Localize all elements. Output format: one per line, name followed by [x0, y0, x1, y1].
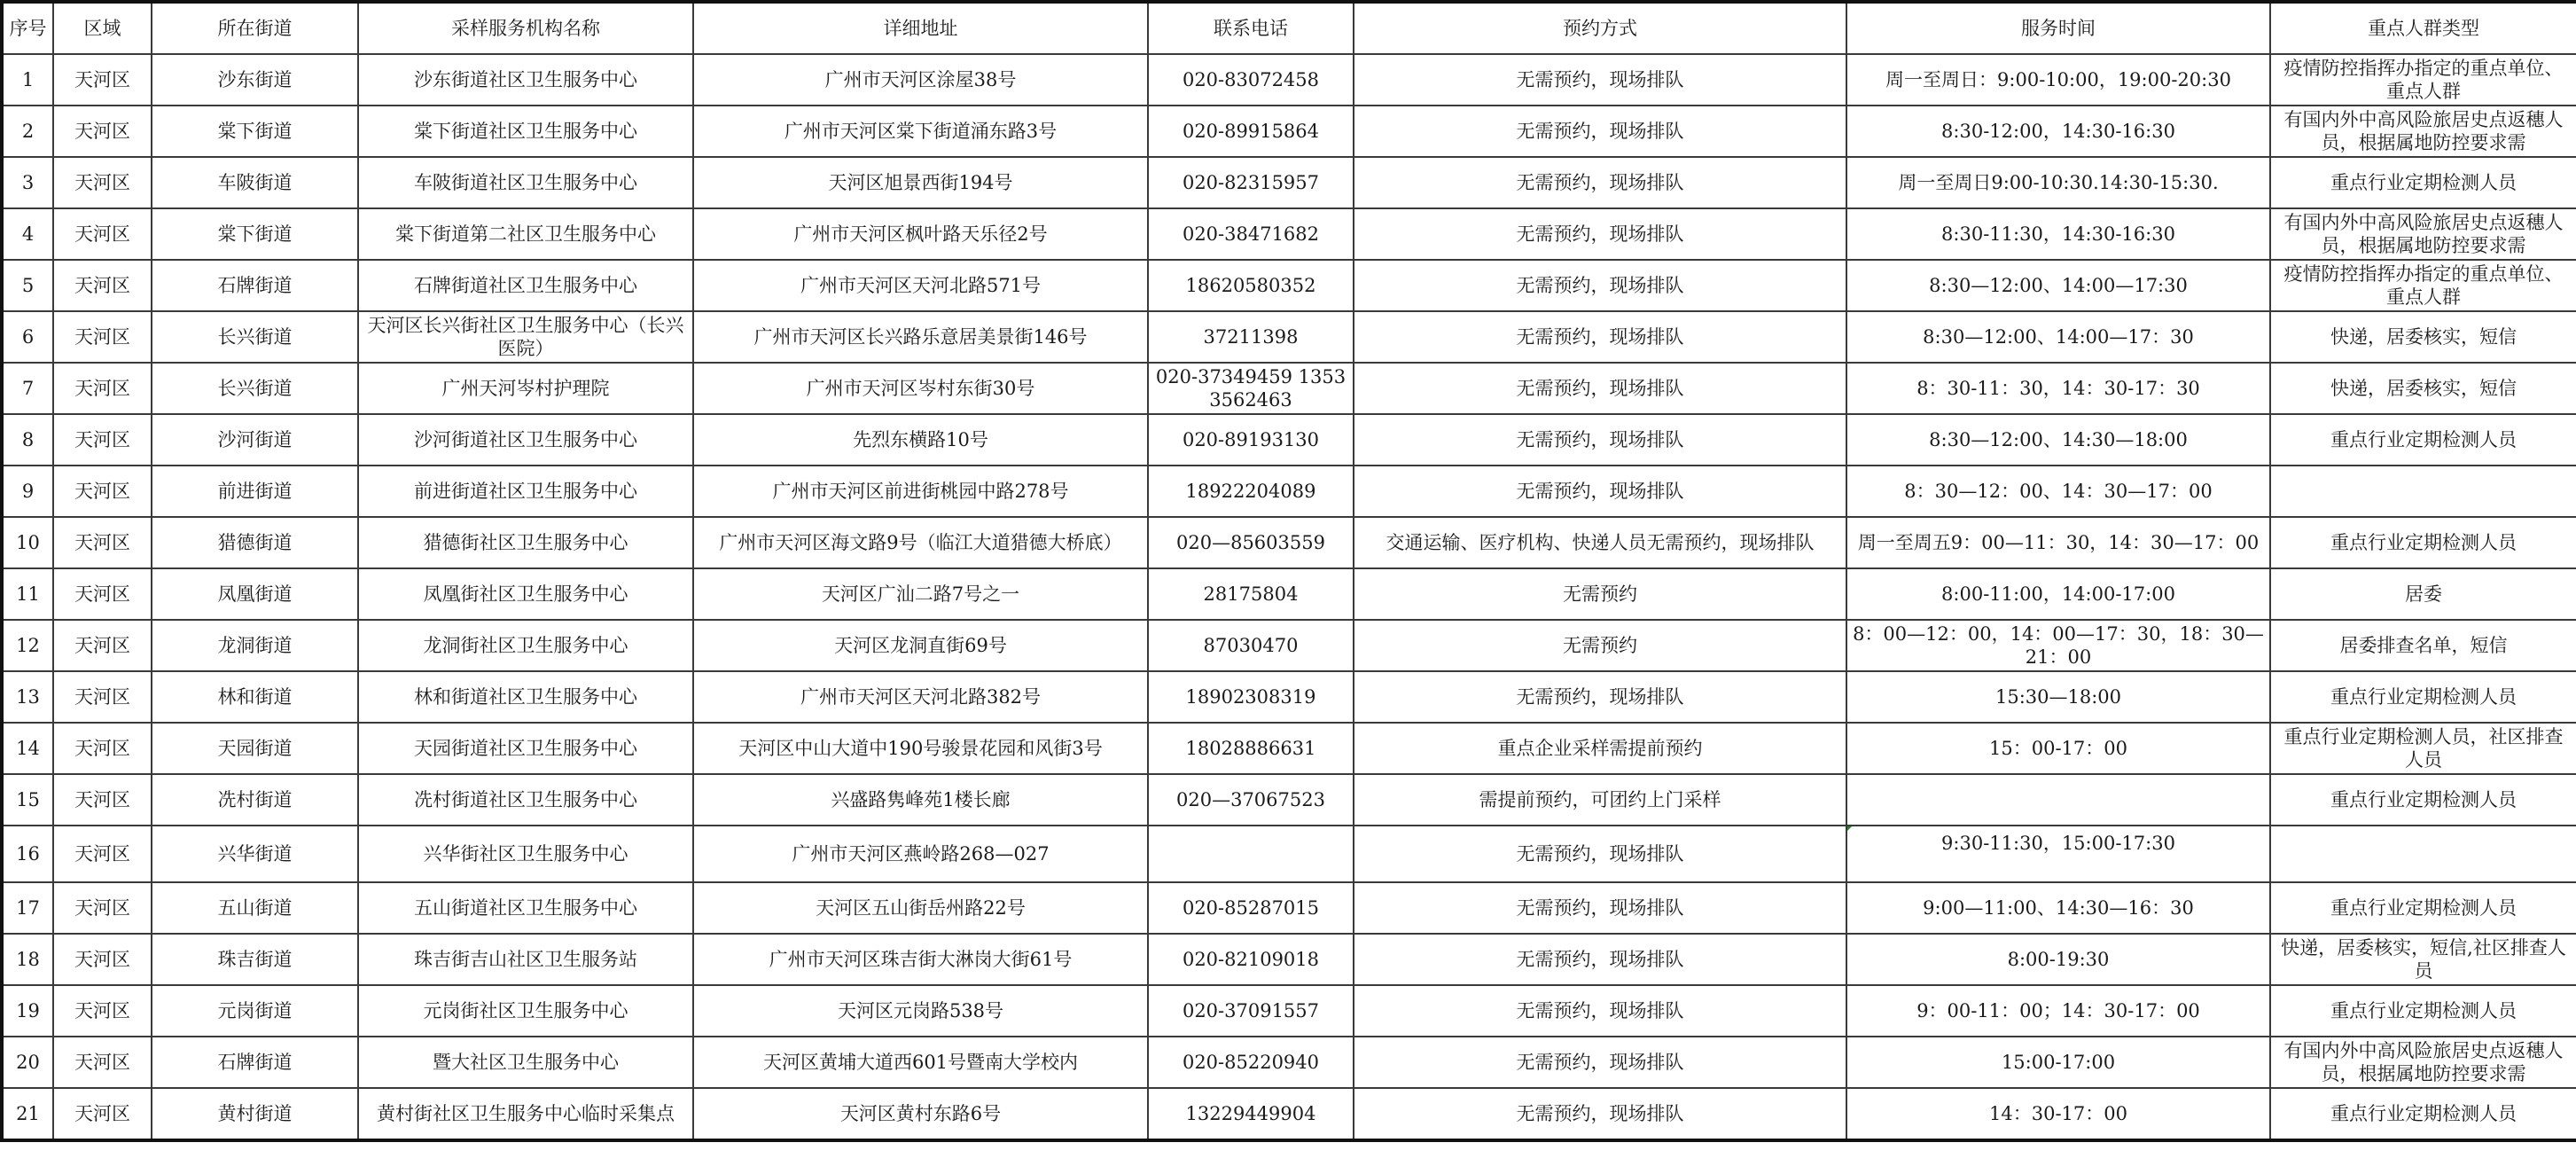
- target-group-cell: 重点行业定期检测人员，社区排查人员: [2270, 723, 2576, 774]
- street-cell: 棠下街道: [152, 208, 358, 260]
- site-name-cell: 广州天河岑村护理院: [358, 363, 693, 414]
- header-no: 序号: [2, 2, 53, 54]
- table-row: 15天河区冼村街道冼村街道社区卫生服务中心兴盛路隽峰苑1楼长廊020—37067…: [2, 774, 2576, 826]
- target-group-cell: 重点行业定期检测人员: [2270, 985, 2576, 1037]
- row-no-cell: 11: [2, 568, 53, 620]
- district-cell: 天河区: [53, 774, 152, 826]
- booking-cell: 无需预约，现场排队: [1354, 826, 1846, 882]
- street-cell: 龙洞街道: [152, 620, 358, 671]
- booking-cell: 无需预约，现场排队: [1354, 671, 1846, 723]
- address-cell: 兴盛路隽峰苑1楼长廊: [693, 774, 1148, 826]
- row-no-cell: 10: [2, 517, 53, 568]
- street-cell: 沙河街道: [152, 414, 358, 466]
- district-cell: 天河区: [53, 414, 152, 466]
- target-group-cell: 有国内外中高风险旅居史点返穗人员，根据属地防控要求需: [2270, 1037, 2576, 1088]
- address-cell: 天河区元岗路538号: [693, 985, 1148, 1037]
- address-cell: 广州市天河区长兴路乐意居美景街146号: [693, 311, 1148, 363]
- phone-cell: 020-85287015: [1148, 882, 1354, 934]
- target-group-cell: 有国内外中高风险旅居史点返穗人员，根据属地防控要求需: [2270, 106, 2576, 157]
- site-name-cell: 沙东街道社区卫生服务中心: [358, 54, 693, 106]
- table-row: 9天河区前进街道前进街道社区卫生服务中心广州市天河区前进街桃园中路278号189…: [2, 466, 2576, 517]
- target-group-cell: 重点行业定期检测人员: [2270, 774, 2576, 826]
- site-name-cell: 前进街道社区卫生服务中心: [358, 466, 693, 517]
- row-no-cell: 2: [2, 106, 53, 157]
- row-no-cell: 20: [2, 1037, 53, 1088]
- header-site-name: 采样服务机构名称: [358, 2, 693, 54]
- booking-cell: 无需预约，现场排队: [1354, 1037, 1846, 1088]
- phone-cell: 020-37091557: [1148, 985, 1354, 1037]
- district-cell: 天河区: [53, 517, 152, 568]
- street-cell: 五山街道: [152, 882, 358, 934]
- booking-cell: 无需预约，现场排队: [1354, 311, 1846, 363]
- address-cell: 广州市天河区天河北路571号: [693, 260, 1148, 311]
- street-cell: 林和街道: [152, 671, 358, 723]
- street-cell: 黄村街道: [152, 1088, 358, 1140]
- address-cell: 广州市天河区珠吉街大淋岗大街61号: [693, 934, 1148, 985]
- phone-cell: 020-82109018: [1148, 934, 1354, 985]
- row-no-cell: 6: [2, 311, 53, 363]
- table-row: 3天河区车陂街道车陂街道社区卫生服务中心天河区旭景西街194号020-82315…: [2, 157, 2576, 208]
- booking-cell: 无需预约，现场排队: [1354, 157, 1846, 208]
- phone-cell: 020-37349459 13533562463: [1148, 363, 1354, 414]
- hours-cell: 8:30-11:30，14:30-16:30: [1846, 208, 2270, 260]
- target-group-cell: 重点行业定期检测人员: [2270, 882, 2576, 934]
- target-group-cell: 快递，居委核实，短信,社区排查人员: [2270, 934, 2576, 985]
- booking-cell: 无需预约，现场排队: [1354, 934, 1846, 985]
- phone-cell: 18902308319: [1148, 671, 1354, 723]
- hours-cell: 8:30—12:00、14:30—18:00: [1846, 414, 2270, 466]
- address-cell: 先烈东横路10号: [693, 414, 1148, 466]
- booking-cell: 无需预约，现场排队: [1354, 260, 1846, 311]
- district-cell: 天河区: [53, 311, 152, 363]
- target-group-cell: 疫情防控指挥办指定的重点单位、重点人群: [2270, 54, 2576, 106]
- address-cell: 天河区中山大道中190号骏景花园和风街3号: [693, 723, 1148, 774]
- hours-cell: 9:00—11:00、14:30—16：30: [1846, 882, 2270, 934]
- street-cell: 冼村街道: [152, 774, 358, 826]
- target-group-cell: [2270, 466, 2576, 517]
- address-cell: 广州市天河区前进街桃园中路278号: [693, 466, 1148, 517]
- row-no-cell: 16: [2, 826, 53, 882]
- target-group-cell: 重点行业定期检测人员: [2270, 414, 2576, 466]
- address-cell: 广州市天河区天河北路382号: [693, 671, 1148, 723]
- district-cell: 天河区: [53, 882, 152, 934]
- site-name-cell: 棠下街道第二社区卫生服务中心: [358, 208, 693, 260]
- district-cell: 天河区: [53, 106, 152, 157]
- table-row: 10天河区猎德街道猎德街社区卫生服务中心广州市天河区海文路9号（临江大道猎德大桥…: [2, 517, 2576, 568]
- district-cell: 天河区: [53, 723, 152, 774]
- header-booking: 预约方式: [1354, 2, 1846, 54]
- address-cell: 天河区广汕二路7号之一: [693, 568, 1148, 620]
- hours-cell: [1846, 774, 2270, 826]
- phone-cell: 020-83072458: [1148, 54, 1354, 106]
- row-no-cell: 4: [2, 208, 53, 260]
- district-cell: 天河区: [53, 157, 152, 208]
- district-cell: 天河区: [53, 1088, 152, 1140]
- table-row: 5天河区石牌街道石牌街道社区卫生服务中心广州市天河区天河北路571号186205…: [2, 260, 2576, 311]
- phone-cell: 37211398: [1148, 311, 1354, 363]
- table-row: 13天河区林和街道林和街道社区卫生服务中心广州市天河区天河北路382号18902…: [2, 671, 2576, 723]
- row-no-cell: 1: [2, 54, 53, 106]
- site-name-cell: 元岗街社区卫生服务中心: [358, 985, 693, 1037]
- row-no-cell: 19: [2, 985, 53, 1037]
- target-group-cell: 疫情防控指挥办指定的重点单位、重点人群: [2270, 260, 2576, 311]
- header-hours: 服务时间: [1846, 2, 2270, 54]
- street-cell: 棠下街道: [152, 106, 358, 157]
- booking-cell: 无需预约，现场排队: [1354, 363, 1846, 414]
- district-cell: 天河区: [53, 620, 152, 671]
- booking-cell: 需提前预约，可团约上门采样: [1354, 774, 1846, 826]
- site-name-cell: 天河区长兴街社区卫生服务中心（长兴医院）: [358, 311, 693, 363]
- site-name-cell: 暨大社区卫生服务中心: [358, 1037, 693, 1088]
- table-row: 6天河区长兴街道天河区长兴街社区卫生服务中心（长兴医院）广州市天河区长兴路乐意居…: [2, 311, 2576, 363]
- site-name-cell: 珠吉街吉山社区卫生服务站: [358, 934, 693, 985]
- hours-cell: 8:30—12:00、14:00—17：30: [1846, 311, 2270, 363]
- table-row: 21天河区黄村街道黄村街社区卫生服务中心临时采集点天河区黄村东路6号132294…: [2, 1088, 2576, 1140]
- table-row: 20天河区石牌街道暨大社区卫生服务中心天河区黄埔大道西601号暨南大学校内020…: [2, 1037, 2576, 1088]
- district-cell: 天河区: [53, 671, 152, 723]
- table-row: 2天河区棠下街道棠下街道社区卫生服务中心广州市天河区棠下街道涌东路3号020-8…: [2, 106, 2576, 157]
- target-group-cell: 快递，居委核实，短信: [2270, 363, 2576, 414]
- street-cell: 长兴街道: [152, 363, 358, 414]
- street-cell: 珠吉街道: [152, 934, 358, 985]
- table-row: 12天河区龙洞街道龙洞街社区卫生服务中心天河区龙洞直街69号87030470无需…: [2, 620, 2576, 671]
- street-cell: 车陂街道: [152, 157, 358, 208]
- phone-cell: 020—85603559: [1148, 517, 1354, 568]
- row-no-cell: 8: [2, 414, 53, 466]
- hours-cell: 8:30—12:00、14:00—17:30: [1846, 260, 2270, 311]
- street-cell: 猎德街道: [152, 517, 358, 568]
- street-cell: 长兴街道: [152, 311, 358, 363]
- target-group-cell: 居委排查名单，短信: [2270, 620, 2576, 671]
- row-no-cell: 18: [2, 934, 53, 985]
- booking-cell: 无需预约，现场排队: [1354, 882, 1846, 934]
- phone-cell: 020-85220940: [1148, 1037, 1354, 1088]
- phone-cell: 020-38471682: [1148, 208, 1354, 260]
- street-cell: 沙东街道: [152, 54, 358, 106]
- address-cell: 天河区旭景西街194号: [693, 157, 1148, 208]
- header-district: 区域: [53, 2, 152, 54]
- table-row: 18天河区珠吉街道珠吉街吉山社区卫生服务站广州市天河区珠吉街大淋岗大街61号02…: [2, 934, 2576, 985]
- target-group-cell: [2270, 826, 2576, 882]
- sampling-sites-table: 序号 区域 所在街道 采样服务机构名称 详细地址 联系电话 预约方式 服务时间 …: [0, 0, 2576, 1142]
- site-name-cell: 龙洞街社区卫生服务中心: [358, 620, 693, 671]
- target-group-cell: 重点行业定期检测人员: [2270, 671, 2576, 723]
- district-cell: 天河区: [53, 363, 152, 414]
- booking-cell: 无需预约，现场排队: [1354, 106, 1846, 157]
- row-no-cell: 13: [2, 671, 53, 723]
- hours-cell: 8:30-12:00，14:30-16:30: [1846, 106, 2270, 157]
- header-phone: 联系电话: [1148, 2, 1354, 54]
- booking-cell: 无需预约，现场排队: [1354, 985, 1846, 1037]
- street-cell: 石牌街道: [152, 1037, 358, 1088]
- table-row: 7天河区长兴街道广州天河岑村护理院广州市天河区岑村东街30号020-373494…: [2, 363, 2576, 414]
- site-name-cell: 凤凰街社区卫生服务中心: [358, 568, 693, 620]
- address-cell: 天河区黄村东路6号: [693, 1088, 1148, 1140]
- row-no-cell: 21: [2, 1088, 53, 1140]
- row-no-cell: 3: [2, 157, 53, 208]
- row-no-cell: 5: [2, 260, 53, 311]
- table-row: 8天河区沙河街道沙河街道社区卫生服务中心先烈东横路10号020-89193130…: [2, 414, 2576, 466]
- booking-cell: 无需预约，现场排队: [1354, 54, 1846, 106]
- table-row: 4天河区棠下街道棠下街道第二社区卫生服务中心广州市天河区枫叶路天乐径2号020-…: [2, 208, 2576, 260]
- row-no-cell: 17: [2, 882, 53, 934]
- district-cell: 天河区: [53, 1037, 152, 1088]
- district-cell: 天河区: [53, 260, 152, 311]
- site-name-cell: 猎德街社区卫生服务中心: [358, 517, 693, 568]
- address-cell: 广州市天河区海文路9号（临江大道猎德大桥底）: [693, 517, 1148, 568]
- hours-cell: 周一至周五9：00—11：30，14：30—17：00: [1846, 517, 2270, 568]
- site-name-cell: 林和街道社区卫生服务中心: [358, 671, 693, 723]
- booking-cell: 重点企业采样需提前预约: [1354, 723, 1846, 774]
- street-cell: 石牌街道: [152, 260, 358, 311]
- table-row: 1天河区沙东街道沙东街道社区卫生服务中心广州市天河区涂屋38号020-83072…: [2, 54, 2576, 106]
- target-group-cell: 重点行业定期检测人员: [2270, 1088, 2576, 1140]
- hours-cell: 15：00-17：00: [1846, 723, 2270, 774]
- street-cell: 元岗街道: [152, 985, 358, 1037]
- district-cell: 天河区: [53, 826, 152, 882]
- phone-cell: 18922204089: [1148, 466, 1354, 517]
- booking-cell: 交通运输、医疗机构、快递人员无需预约，现场排队: [1354, 517, 1846, 568]
- phone-cell: 020—37067523: [1148, 774, 1354, 826]
- row-no-cell: 12: [2, 620, 53, 671]
- booking-cell: 无需预约: [1354, 620, 1846, 671]
- header-address: 详细地址: [693, 2, 1148, 54]
- hours-cell: 8:00-19:30: [1846, 934, 2270, 985]
- table-row: 17天河区五山街道五山街道社区卫生服务中心天河区五山街岳州路22号020-852…: [2, 882, 2576, 934]
- district-cell: 天河区: [53, 208, 152, 260]
- hours-cell: 9：00-11：00；14：30-17：00: [1846, 985, 2270, 1037]
- phone-cell: 020-89193130: [1148, 414, 1354, 466]
- site-name-cell: 黄村街社区卫生服务中心临时采集点: [358, 1088, 693, 1140]
- address-cell: 广州市天河区棠下街道涌东路3号: [693, 106, 1148, 157]
- address-cell: 天河区龙洞直街69号: [693, 620, 1148, 671]
- booking-cell: 无需预约，现场排队: [1354, 414, 1846, 466]
- target-group-cell: 居委: [2270, 568, 2576, 620]
- target-group-cell: 重点行业定期检测人员: [2270, 517, 2576, 568]
- phone-cell: 18620580352: [1148, 260, 1354, 311]
- street-cell: 兴华街道: [152, 826, 358, 882]
- row-no-cell: 15: [2, 774, 53, 826]
- booking-cell: 无需预约，现场排队: [1354, 1088, 1846, 1140]
- phone-cell: 28175804: [1148, 568, 1354, 620]
- table-row: 14天河区天园街道天园街道社区卫生服务中心天河区中山大道中190号骏景花园和风街…: [2, 723, 2576, 774]
- hours-cell: 9:30-11:30，15:00-17:30: [1846, 826, 2270, 882]
- header-target-group: 重点人群类型: [2270, 2, 2576, 54]
- header-row: 序号 区域 所在街道 采样服务机构名称 详细地址 联系电话 预约方式 服务时间 …: [2, 2, 2576, 54]
- table-row: 16天河区兴华街道兴华街社区卫生服务中心广州市天河区燕岭路268—027无需预约…: [2, 826, 2576, 882]
- district-cell: 天河区: [53, 985, 152, 1037]
- site-name-cell: 天园街道社区卫生服务中心: [358, 723, 693, 774]
- district-cell: 天河区: [53, 466, 152, 517]
- hours-cell: 周一至周日9:00-10:30.14:30-15:30.: [1846, 157, 2270, 208]
- site-name-cell: 兴华街社区卫生服务中心: [358, 826, 693, 882]
- phone-cell: 18028886631: [1148, 723, 1354, 774]
- booking-cell: 无需预约，现场排队: [1354, 466, 1846, 517]
- street-cell: 凤凰街道: [152, 568, 358, 620]
- hours-cell: 14：30-17：00: [1846, 1088, 2270, 1140]
- district-cell: 天河区: [53, 934, 152, 985]
- phone-cell: 13229449904: [1148, 1088, 1354, 1140]
- target-group-cell: 快递，居委核实，短信: [2270, 311, 2576, 363]
- hours-cell: 8：30—12：00、14：30—17：00: [1846, 466, 2270, 517]
- street-cell: 天园街道: [152, 723, 358, 774]
- site-name-cell: 沙河街道社区卫生服务中心: [358, 414, 693, 466]
- hours-cell: 周一至周日：9:00-10:00，19:00-20:30: [1846, 54, 2270, 106]
- address-cell: 广州市天河区枫叶路天乐径2号: [693, 208, 1148, 260]
- site-name-cell: 五山街道社区卫生服务中心: [358, 882, 693, 934]
- phone-cell: 020-89915864: [1148, 106, 1354, 157]
- booking-cell: 无需预约，现场排队: [1354, 208, 1846, 260]
- address-cell: 天河区五山街岳州路22号: [693, 882, 1148, 934]
- phone-cell: 020-82315957: [1148, 157, 1354, 208]
- header-street: 所在街道: [152, 2, 358, 54]
- street-cell: 前进街道: [152, 466, 358, 517]
- row-no-cell: 7: [2, 363, 53, 414]
- district-cell: 天河区: [53, 568, 152, 620]
- target-group-cell: 重点行业定期检测人员: [2270, 157, 2576, 208]
- hours-cell: 8：30-11：30，14：30-17：30: [1846, 363, 2270, 414]
- address-cell: 广州市天河区涂屋38号: [693, 54, 1148, 106]
- hours-cell: 8:00-11:00，14:00-17:00: [1846, 568, 2270, 620]
- hours-cell: 15:00-17:00: [1846, 1037, 2270, 1088]
- address-cell: 广州市天河区燕岭路268—027: [693, 826, 1148, 882]
- address-cell: 广州市天河区岑村东街30号: [693, 363, 1148, 414]
- address-cell: 天河区黄埔大道西601号暨南大学校内: [693, 1037, 1148, 1088]
- site-name-cell: 石牌街道社区卫生服务中心: [358, 260, 693, 311]
- site-name-cell: 冼村街道社区卫生服务中心: [358, 774, 693, 826]
- hours-cell: 8：00—12：00，14：00—17：30，18：30—21：00: [1846, 620, 2270, 671]
- site-name-cell: 棠下街道社区卫生服务中心: [358, 106, 693, 157]
- site-name-cell: 车陂街道社区卫生服务中心: [358, 157, 693, 208]
- district-cell: 天河区: [53, 54, 152, 106]
- row-no-cell: 14: [2, 723, 53, 774]
- hours-cell: 15:30—18:00: [1846, 671, 2270, 723]
- phone-cell: [1148, 826, 1354, 882]
- target-group-cell: 有国内外中高风险旅居史点返穗人员，根据属地防控要求需: [2270, 208, 2576, 260]
- booking-cell: 无需预约: [1354, 568, 1846, 620]
- table-row: 19天河区元岗街道元岗街社区卫生服务中心天河区元岗路538号020-370915…: [2, 985, 2576, 1037]
- phone-cell: 87030470: [1148, 620, 1354, 671]
- row-no-cell: 9: [2, 466, 53, 517]
- table-row: 11天河区凤凰街道凤凰街社区卫生服务中心天河区广汕二路7号之一28175804无…: [2, 568, 2576, 620]
